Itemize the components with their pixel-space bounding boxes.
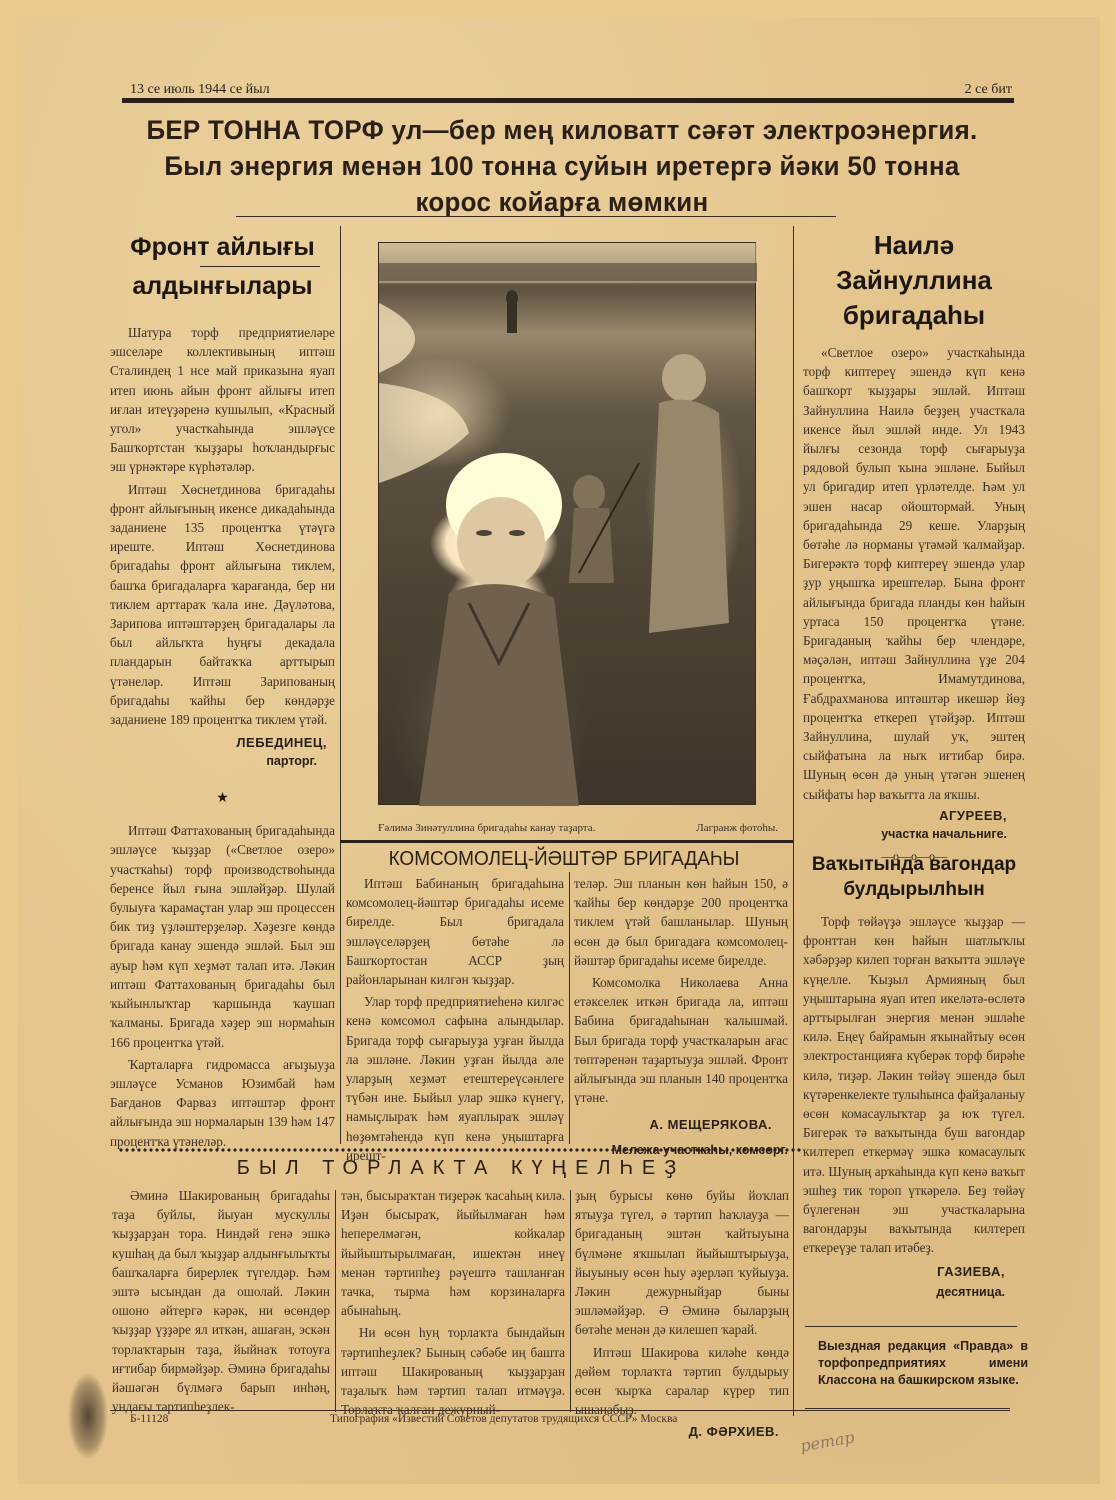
headline-underline: [236, 216, 836, 217]
column-divider: [793, 226, 794, 1416]
article-body: Иптәш Фаттахованың бригадаһында эшләүсе …: [110, 821, 335, 1150]
photo-illustration: [379, 243, 757, 806]
author-signature: А. МЕЩЕРЯКОВА.: [574, 1115, 772, 1134]
article-naile-brigade: Наилә Зайнуллина бригадаһы «Светлое озер…: [803, 228, 1025, 864]
headline-line-1: БЕР ТОННА ТОРФ ул—бер мең киловатт сәғәт…: [130, 112, 994, 148]
article-wagons: Ваҡытында вагондар булдырылһын Торф төйә…: [803, 852, 1025, 1299]
paragraph: Ҡарталарға гидромасса ағыҙыуҙа эшләүсе У…: [110, 1055, 335, 1151]
article-front-month: Фронт айлығы алдынғылары Шатура торф пре…: [110, 228, 335, 1154]
caption-text: Ғәлимә Зинәтуллина бригадаһы канау таҙар…: [378, 822, 595, 834]
paragraph: Иптәш Шакирова киләһе көндә дөйөм торлаҡ…: [575, 1343, 789, 1420]
dormitory-column-2: тән, бысыраҡтан тиҙерәк ҡасаһың килә. Иҙ…: [341, 1186, 565, 1422]
headline-line-2: Был энергия менән 100 тонна суйын иретер…: [130, 148, 994, 184]
article-body: Шатура торф предприятиеләре эшселәре кол…: [110, 323, 335, 729]
caption-rule: [340, 840, 793, 843]
ink-stain: [60, 1350, 130, 1470]
article-title: Ваҡытында вагондар булдырылһын: [803, 852, 1025, 902]
author-signature: ГАЗИЕВА,: [803, 1264, 1005, 1279]
article-title: Фронт айлығы алдынғылары: [110, 228, 335, 305]
title-line: Фронт айлығы: [110, 228, 335, 266]
column-divider: [335, 1190, 336, 1412]
article-body: Торф төйәүҙә эшләүсе ҡыҙҙар — фронттан к…: [803, 912, 1025, 1258]
title-line: Наилә: [803, 228, 1025, 263]
dormitory-column-3: ҙың бурысы көнө буйы йоҡлап ятыуҙа түгел…: [575, 1186, 789, 1442]
paragraph: Шатура торф предприятиеләре эшселәре кол…: [110, 323, 335, 477]
paragraph: Иптәш Фаттахованың бригадаһында эшләүсе …: [110, 821, 335, 1051]
paragraph: Улар торф предприятиеһенә килгәс кенә ко…: [346, 992, 564, 1165]
paragraph: Әминә Шакированың бригадаһы таҙа буйлы, …: [112, 1186, 330, 1416]
paragraph: Иптәш Бабинаның бригадаһына комсомолец-й…: [346, 874, 564, 989]
article-title-dormitory: БЫЛ ТОРЛАКТА КҮҢЕЛҺЕҘ: [118, 1157, 804, 1180]
paragraph: Комсомолка Николаева Анна етәкселек иткә…: [574, 973, 788, 1107]
dormitory-column-1: Әминә Шакированың бригадаһы таҙа буйлы, …: [112, 1186, 330, 1419]
editorial-rule: [805, 1408, 1010, 1409]
photo-credit: Лагранж фотоһы.: [696, 822, 778, 834]
komsomol-column-2: теләр. Эш планын көн һайын 150, ә ҡайһы …: [574, 874, 788, 1160]
column-divider: [570, 1190, 571, 1412]
paragraph: Ни өсөн һуң торлаҡта бындайын тәртипһеҙл…: [341, 1323, 565, 1419]
editorial-note: Выездная редакция «Правда» в торфопредпр…: [818, 1338, 1028, 1389]
title-line: алдынғылары: [110, 267, 335, 305]
paragraph: ҙың бурысы көнө буйы йоҡлап ятыуҙа түгел…: [575, 1186, 789, 1340]
paragraph: Торф төйәүҙә эшләүсе ҡыҙҙар — фронттан к…: [803, 912, 1025, 1258]
photo-caption: Ғәлимә Зинәтуллина бригадаһы канау таҙар…: [378, 822, 778, 834]
article-body: «Светлое озеро» участкаһында торф киптер…: [803, 343, 1025, 804]
paragraph: Иптәш Хөснетдинова бригадаһы фронт айлығ…: [110, 480, 335, 730]
editorial-rule: [805, 1326, 1017, 1327]
headline-line-3: корос койарға мөмкин: [130, 184, 994, 220]
star-icon: ★: [110, 790, 335, 807]
article-title: Наилә Зайнуллина бригадаһы: [803, 228, 1025, 333]
column-divider: [569, 872, 570, 1144]
komsomol-column-1: Иптәш Бабинаның бригадаһына комсомолец-й…: [346, 874, 564, 1168]
main-headline: БЕР ТОННА ТОРФ ул—бер мең киловатт сәғәт…: [130, 112, 994, 220]
paragraph: «Светлое озеро» участкаһында торф киптер…: [803, 343, 1025, 804]
column-divider: [340, 226, 341, 1144]
article-title-komsomol: КОМСОМОЛЕЦ-ЙӘШТӘР БРИГАДАҺЫ: [351, 848, 777, 871]
title-line: булдырылһын: [803, 877, 1025, 902]
footer-rule: [110, 1410, 1010, 1411]
paragraph: теләр. Эш планын көн һайын 150, ә ҡайһы …: [574, 874, 788, 970]
imprint: Б-11128 Типография «Известий Советов деп…: [130, 1413, 1010, 1425]
dotted-divider: [118, 1147, 804, 1153]
masthead-rule: [122, 98, 1014, 103]
author-signature: АГУРЕЕВ,: [803, 808, 1007, 823]
title-line: Зайнуллина: [803, 263, 1025, 298]
title-line: Ваҡытында вагондар: [803, 852, 1025, 877]
author-role: парторг.: [110, 754, 317, 768]
author-signature: Д. ФӘРХИЕВ.: [575, 1422, 779, 1441]
author-role: участка начальниге.: [803, 827, 1007, 841]
author-signature: ЛЕБЕДИНЕЦ,: [110, 735, 327, 750]
title-line: бригадаһы: [803, 298, 1025, 333]
print-code: Б-11128: [130, 1413, 330, 1425]
paragraph: тән, бысыраҡтан тиҙерәк ҡасаһың килә. Иҙ…: [341, 1186, 565, 1320]
author-role: десятница.: [803, 1285, 1005, 1299]
printer-credit: Типография «Известий Советов депутатов т…: [330, 1413, 677, 1425]
news-photo-peat-workers: [378, 242, 756, 805]
